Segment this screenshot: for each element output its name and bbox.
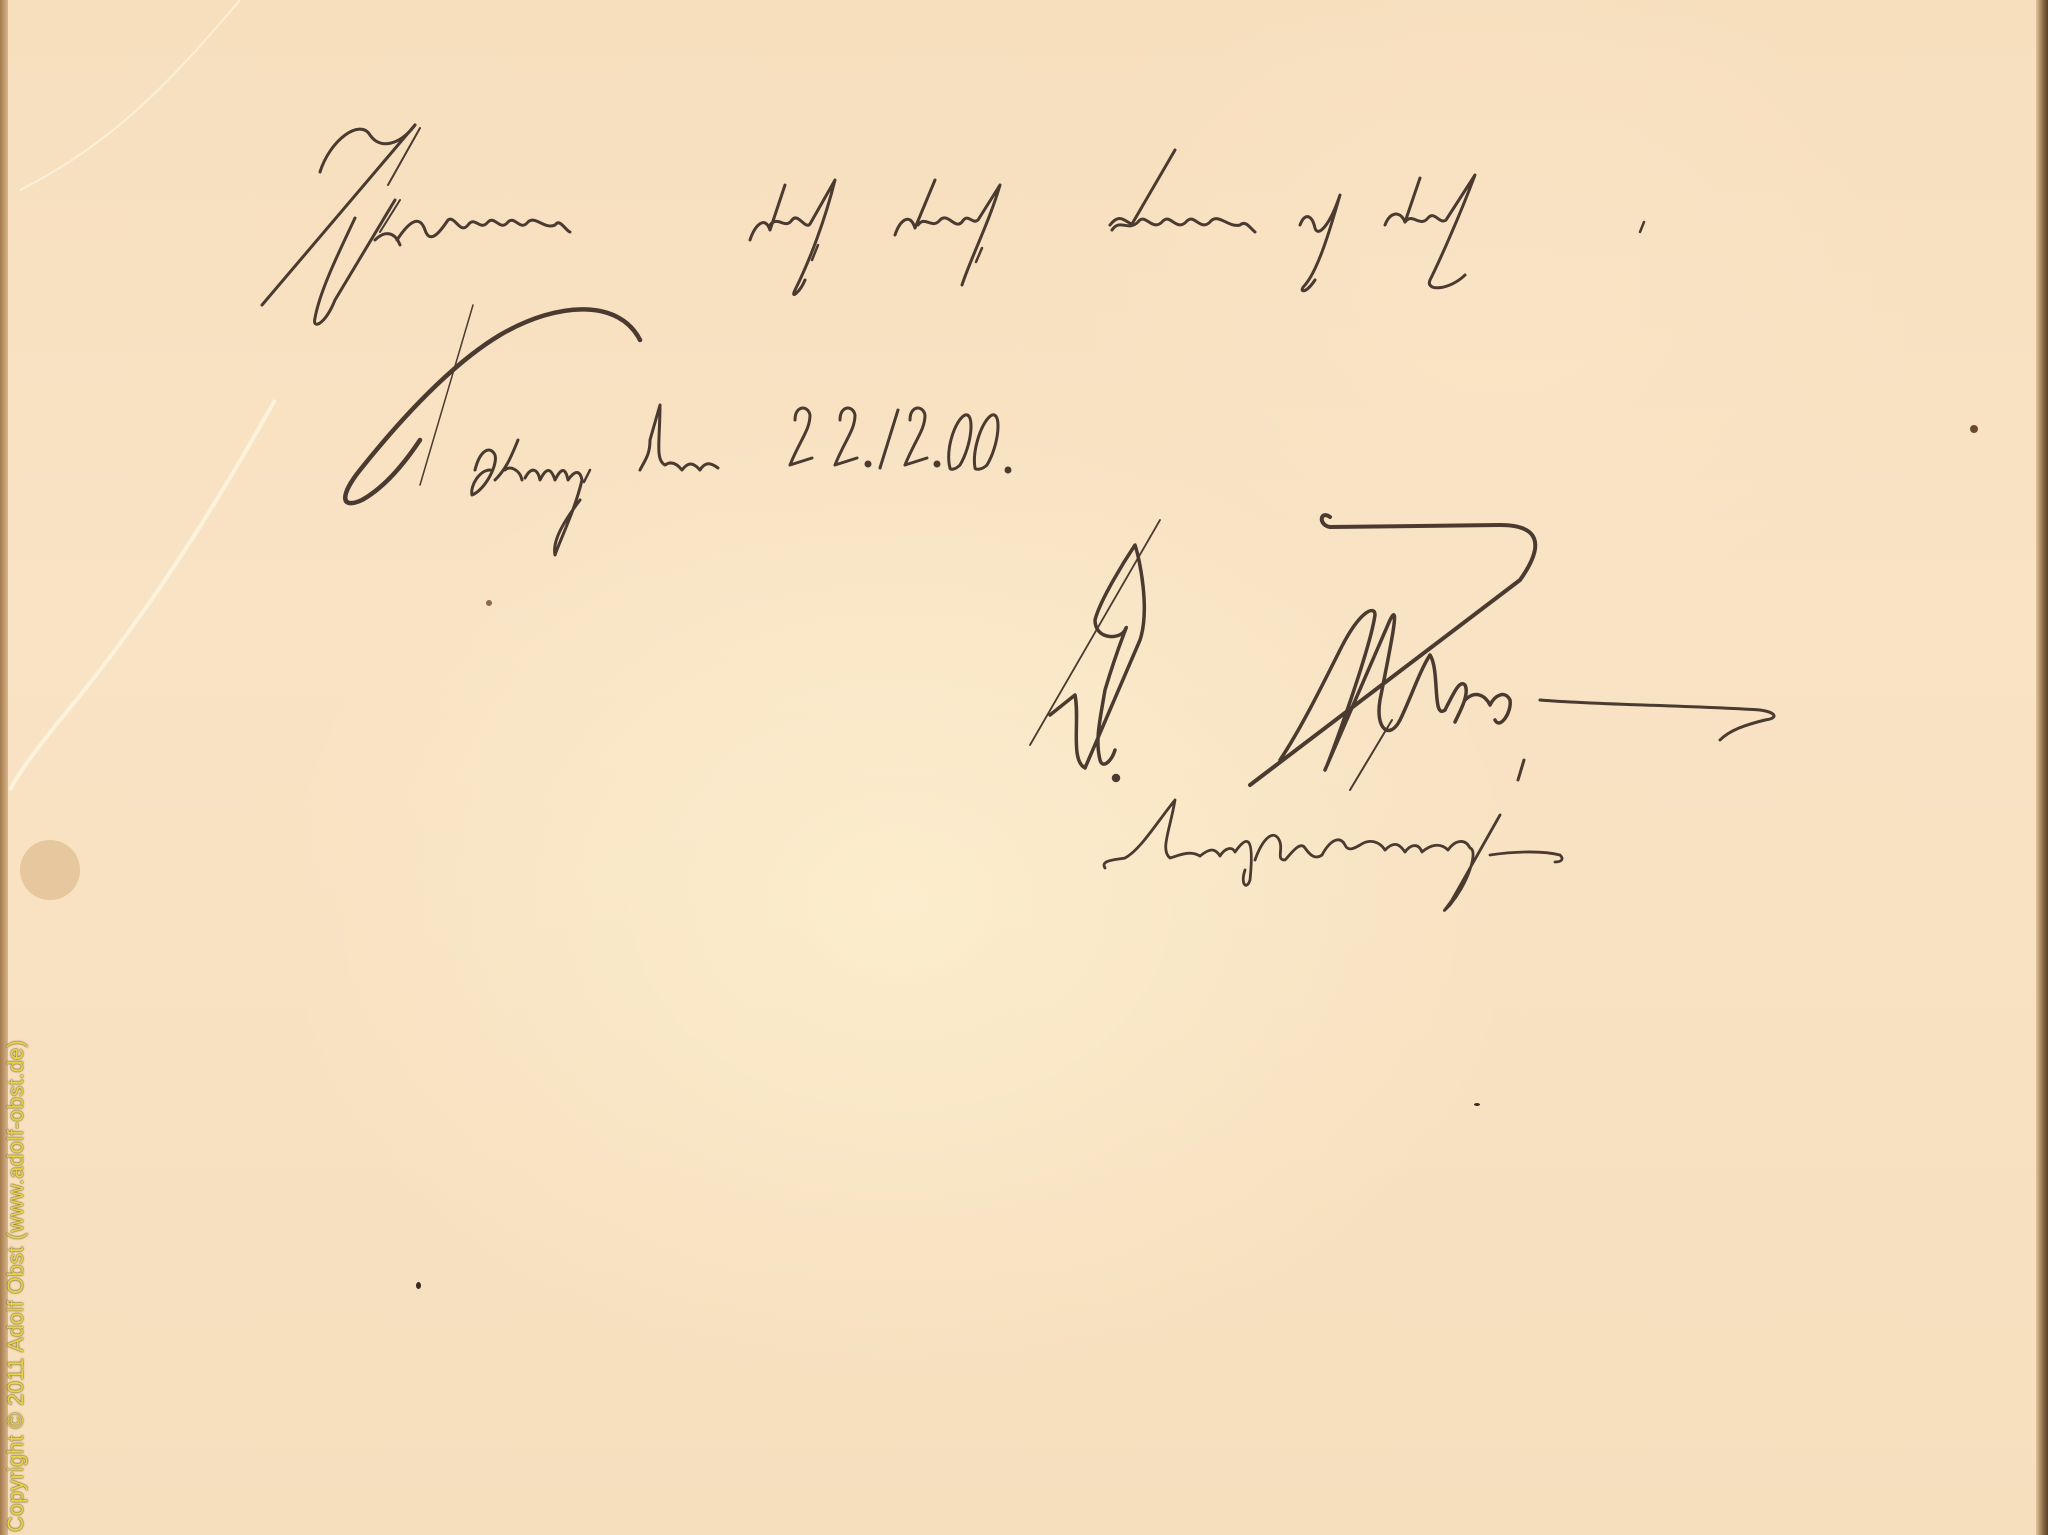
- album-page: Ich komme doch, durch, komme ich doch. P…: [0, 0, 2048, 1535]
- title-ink: [1104, 800, 1562, 910]
- copyright-watermark: Copyright © 2011 Adolf Obst (www.adolf-o…: [3, 1040, 29, 1532]
- place-date-ink: [345, 305, 1010, 555]
- motto-ink: [262, 125, 1644, 324]
- signature-ink: [1030, 515, 1774, 790]
- handwriting-ink: [0, 0, 2048, 1535]
